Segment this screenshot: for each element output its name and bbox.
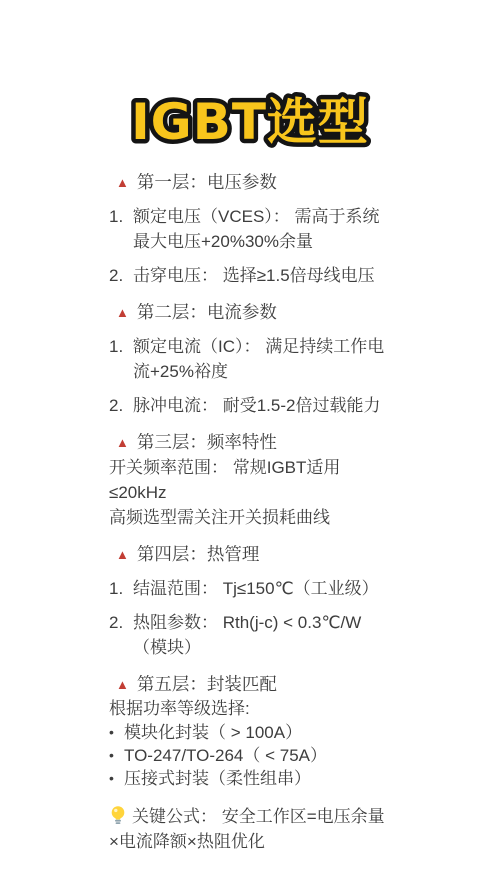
section-heading: ▲第二层：电流参数 [109, 300, 391, 325]
triangle-icon: ▲ [116, 677, 129, 692]
bullet-text: TO-247/TO-264（ < 75A） [124, 744, 391, 767]
section-voltage: ▲第一层：电压参数 1. 额定电压（VCES）： 需高于系统最大电压+20%30… [109, 170, 391, 288]
triangle-icon: ▲ [116, 435, 129, 450]
list-item: 2. 击穿电压： 选择≥1.5倍母线电压 [109, 263, 391, 288]
section-heading-label: 第五层：封装匹配 [137, 674, 277, 694]
item-number: 1. [109, 204, 133, 254]
infographic-card: IGBT选型 ▲第一层：电压参数 1. 额定电压（VCES）： 需高于系统最大电… [109, 0, 391, 854]
body-line: 开关频率范围： 常规IGBT适用≤20kHz [109, 455, 391, 505]
section-heading: ▲第三层：频率特性 [109, 430, 391, 455]
triangle-icon: ▲ [116, 305, 129, 320]
section-heading-label: 第三层：频率特性 [137, 432, 277, 452]
item-text: 热阻参数： Rth(j-c) < 0.3℃/W（模块） [133, 610, 391, 660]
item-text: 额定电压（VCES）： 需高于系统最大电压+20%30%余量 [133, 204, 391, 254]
lightbulb-icon [109, 805, 127, 826]
triangle-icon: ▲ [116, 175, 129, 190]
item-text: 结温范围： Tj≤150℃（工业级） [133, 576, 391, 601]
list-item: 2. 脉冲电流： 耐受1.5-2倍过载能力 [109, 393, 391, 418]
section-frequency: ▲第三层：频率特性 开关频率范围： 常规IGBT适用≤20kHz 高频选型需关注… [109, 430, 391, 530]
bullet-item: • 模块化封装（ > 100A） [109, 721, 391, 744]
section-heading: ▲第四层：热管理 [109, 542, 391, 567]
section-heading: ▲第一层：电压参数 [109, 170, 391, 195]
list-item: 1. 结温范围： Tj≤150℃（工业级） [109, 576, 391, 601]
section-package: ▲第五层：封装匹配 根据功率等级选择: • 模块化封装（ > 100A） • T… [109, 672, 391, 790]
triangle-icon: ▲ [116, 547, 129, 562]
section-lead-line: 根据功率等级选择: [109, 697, 391, 721]
item-number: 1. [109, 334, 133, 384]
item-number: 2. [109, 610, 133, 660]
section-heading-label: 第一层：电压参数 [137, 172, 277, 192]
key-formula-text: 关键公式： 安全工作区=电压余量×电流降额×热阻优化 [109, 807, 385, 851]
item-number: 2. [109, 263, 133, 288]
section-heading: ▲第五层：封装匹配 [109, 672, 391, 697]
bullet-text: 模块化封装（ > 100A） [124, 721, 391, 744]
item-number: 1. [109, 576, 133, 601]
item-text: 额定电流（IC）： 满足持续工作电流+25%裕度 [133, 334, 391, 384]
bullet-icon: • [109, 767, 124, 790]
bullet-item: • 压接式封装（柔性组串） [109, 767, 391, 790]
section-current: ▲第二层：电流参数 1. 额定电流（IC）： 满足持续工作电流+25%裕度 2.… [109, 300, 391, 418]
title-art: IGBT选型 [109, 82, 391, 158]
body-line: 高频选型需关注开关损耗曲线 [109, 505, 391, 530]
section-thermal: ▲第四层：热管理 1. 结温范围： Tj≤150℃（工业级） 2. 热阻参数： … [109, 542, 391, 660]
list-item: 2. 热阻参数： Rth(j-c) < 0.3℃/W（模块） [109, 610, 391, 660]
bullet-item: • TO-247/TO-264（ < 75A） [109, 744, 391, 767]
key-formula: 关键公式： 安全工作区=电压余量×电流降额×热阻优化 [109, 804, 391, 854]
list-item: 1. 额定电流（IC）： 满足持续工作电流+25%裕度 [109, 334, 391, 384]
item-text: 击穿电压： 选择≥1.5倍母线电压 [133, 263, 391, 288]
item-text: 脉冲电流： 耐受1.5-2倍过载能力 [133, 393, 391, 418]
section-heading-label: 第二层：电流参数 [137, 302, 277, 322]
section-heading-label: 第四层：热管理 [137, 544, 260, 564]
item-number: 2. [109, 393, 133, 418]
list-item: 1. 额定电压（VCES）： 需高于系统最大电压+20%30%余量 [109, 204, 391, 254]
page-title-text: IGBT选型 [131, 93, 369, 151]
bullet-text: 压接式封装（柔性组串） [124, 767, 391, 790]
page-title: IGBT选型 [109, 82, 391, 158]
bullet-icon: • [109, 744, 124, 767]
bullet-icon: • [109, 721, 124, 744]
